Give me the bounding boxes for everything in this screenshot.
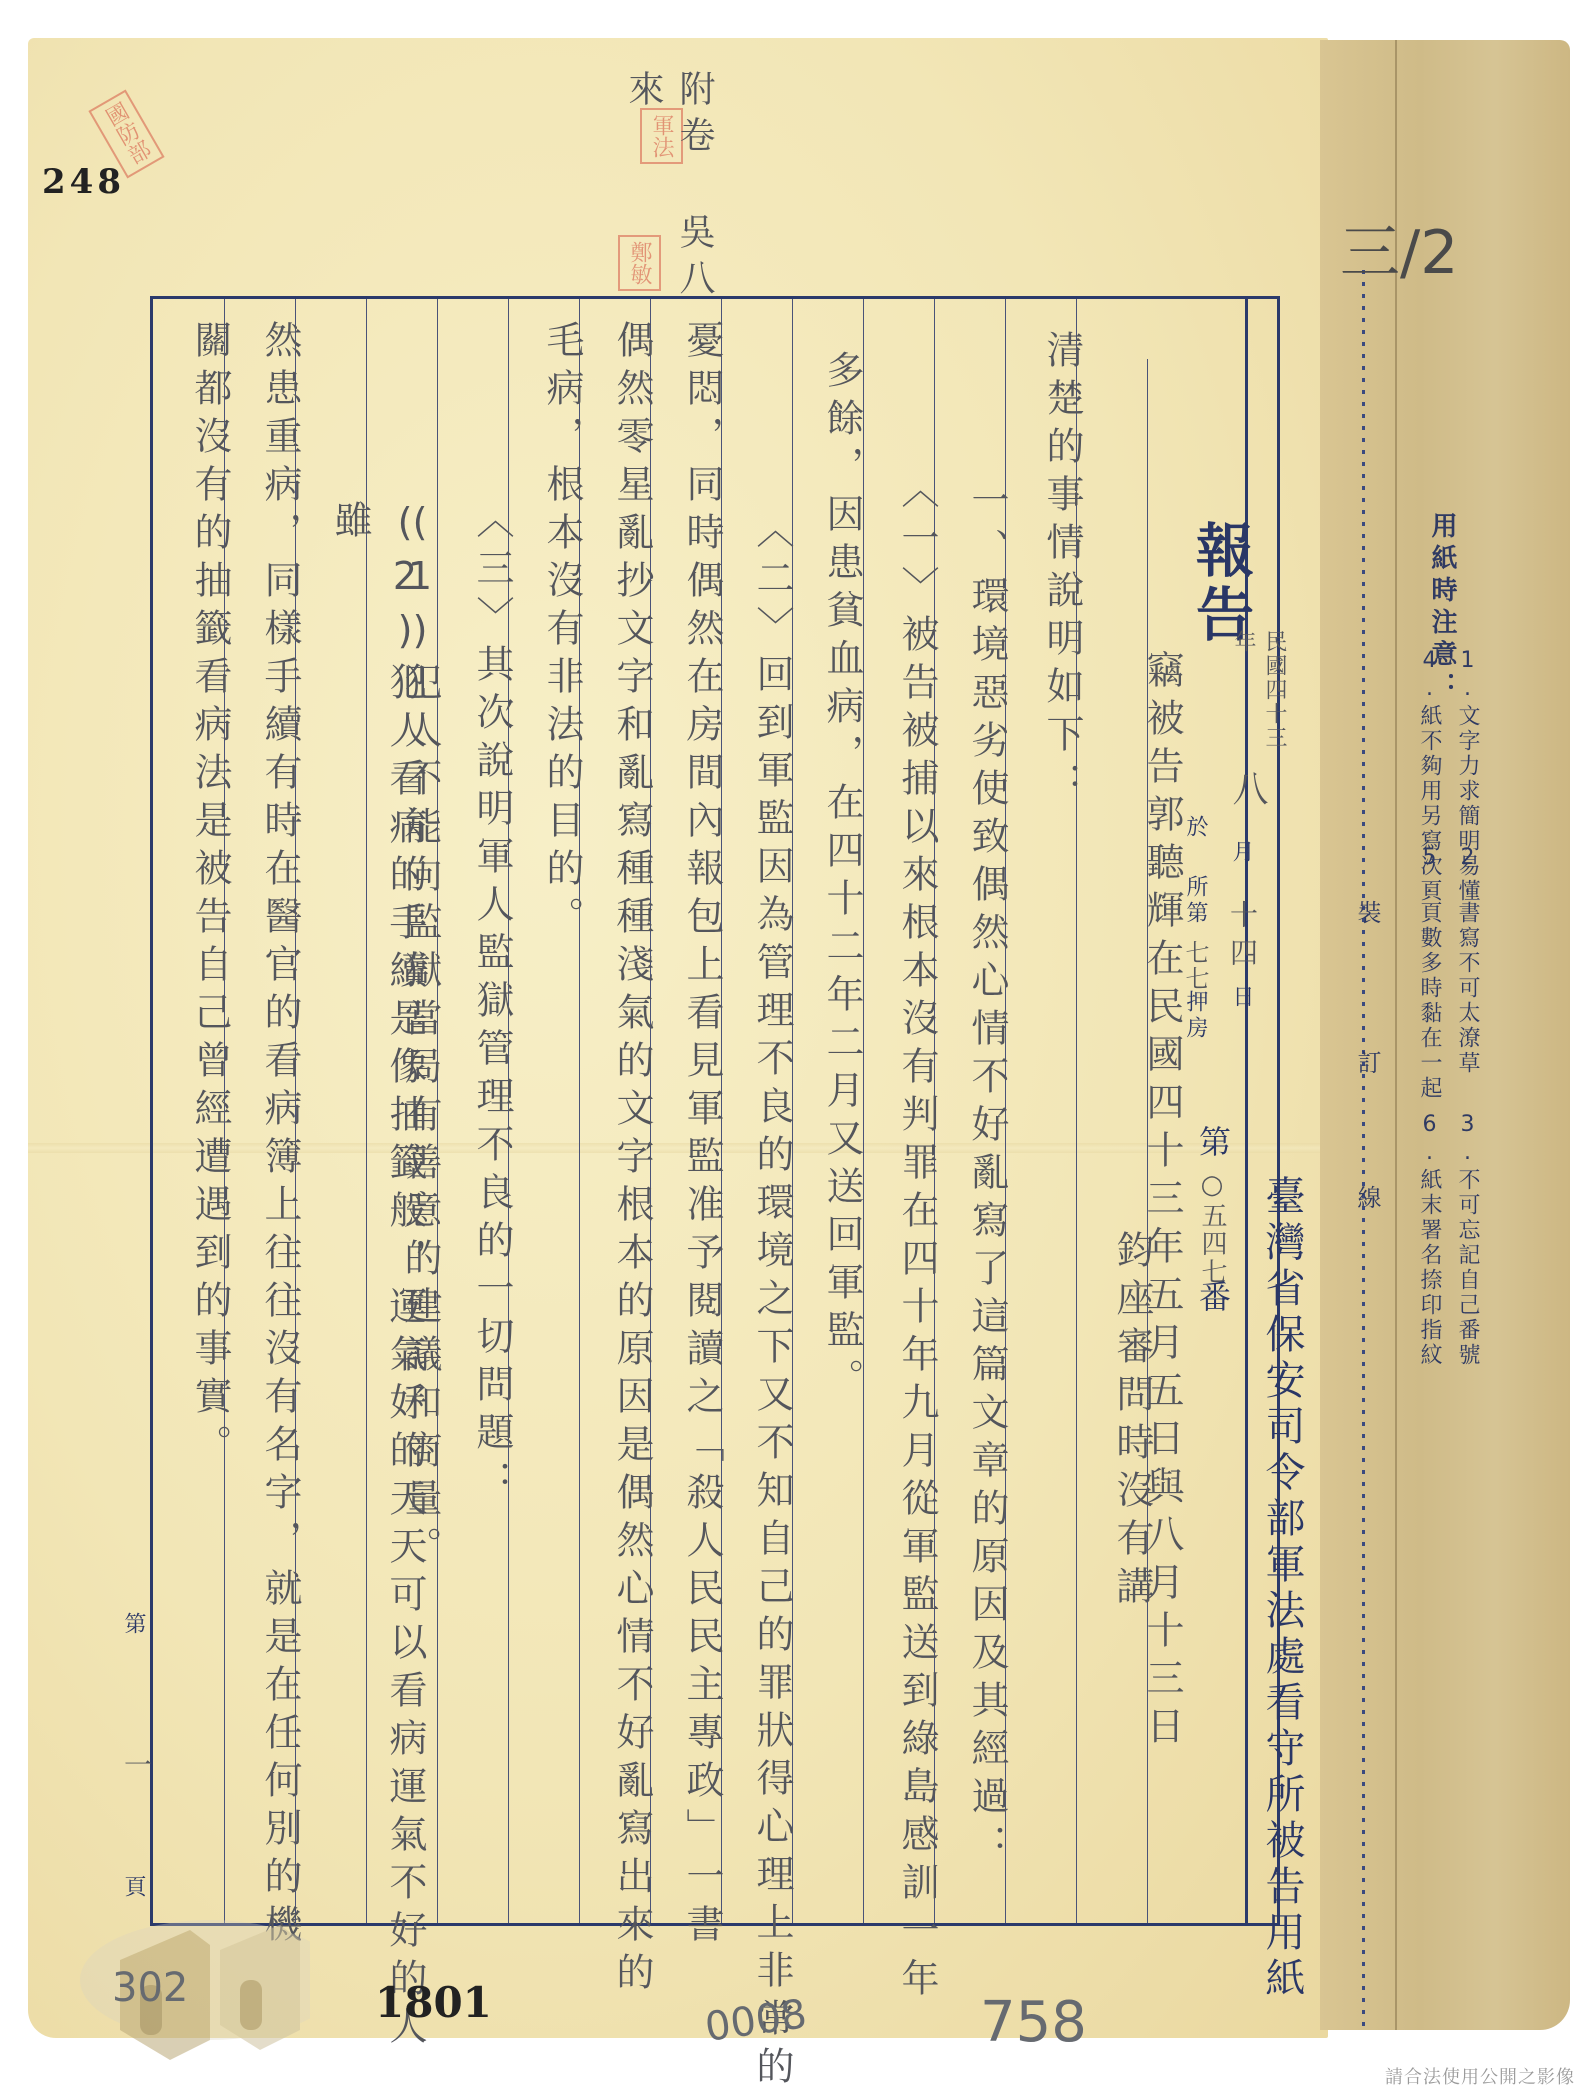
binding-strip [1320,40,1570,2030]
date-day-label: 日 [1226,985,1257,1011]
serial-suffix-label: 番 [1190,1280,1236,1318]
binding-fold-line [1395,40,1397,2030]
binding-label-1: 裝 [1350,900,1385,930]
serial-prefix-label: 第 [1190,1125,1236,1163]
notice-item-3: 3.不可忘記自己番號 [1452,1112,1483,1368]
usage-notice: 請合法使用公開之影像 [1385,2063,1575,2089]
binding-label-2: 訂 [1350,1050,1385,1080]
date-month-value: 八 [1222,770,1273,816]
page-number: 一 [116,1750,156,1788]
pencil-note-bottom-left: 302 [112,1965,188,2011]
pencil-note-bottom-right: 758 [980,1990,1087,2055]
date-month-label: 月 [1226,840,1257,866]
body-column-7: 〈二〉回到軍監因為管理不良的環境之下又不知自己的罪狀得心理上非常的 [745,510,800,2094]
issuer-title: 臺灣省保安司令部軍法處看守所被告用紙 [1254,1175,1311,2003]
body-column-9: 偶然零星亂抄文字和亂寫種種淺氣的文字根本的原因是偶然心情不好亂寫出來的 [605,320,660,2000]
handwritten-note-top-right: 三/2 [1340,205,1458,291]
body-column-5: 〈一〉被告被捕以來根本沒有判罪在四十年九月從軍監送到綠島感訓一年 [890,470,945,2006]
stamp-number-top-left: 248 [42,162,125,202]
body-column-11: 〈三〉其次說明軍人監獄管理不良的一切問題： [465,500,520,1508]
notice-item-5: 5.頁數多時黏在一起 [1414,845,1445,1101]
form-title: 報告 [1178,520,1262,648]
body-column-3: 清楚的事情說明如下： [1035,330,1090,810]
page-label-top: 第 [118,1612,149,1640]
notice-item-6: 6.紙末署名捺印指紋 [1414,1112,1445,1368]
handwritten-note-top-center: 附卷 吳八來 [618,70,720,310]
stamp-number-bottom: 1801 [375,1978,492,2027]
body-column-6: 多餘，因患貧血病，在四十二年二月又送回軍監。 [815,350,870,1406]
body-column-2: 鈞座審問時沒有講 [1105,1230,1160,1614]
serial-number-value: ○五四七 [1194,1170,1231,1286]
body-column-15: 關都沒有的抽籤看病法是被告自己曾經遭遇到的事實。 [183,320,238,1472]
date-day-value: 十四 [1222,900,1262,976]
binding-label-3: 線 [1350,1185,1385,1215]
body-column-13: (2)犯人看病的手續是像抽籤般，運氣好的天天可以看病運氣不好的人雖 [323,500,433,2095]
page-label-bottom: 頁 [118,1875,149,1903]
body-column-10: 毛病，根本沒有非法的目的。 [535,320,590,944]
notice-item-2: 2.書寫不可太潦草 [1452,845,1483,1076]
body-column-4: 一、環境惡劣使致偶然心情不好亂寫了這篇文章的原因及其經過： [960,480,1015,1872]
date-year: 民國四十三年 [1228,630,1290,770]
binding-dotted-line [1362,270,1365,2030]
body-column-14: 然患重病，同樣手續有時在醫官的看病簿上往往沒有名字，就是在任何別的機 [253,320,308,1952]
body-column-8: 憂悶，同時偶然在房間內報包上看見軍監准予閱讀之「殺人民民主專政」一書 [675,320,730,1952]
